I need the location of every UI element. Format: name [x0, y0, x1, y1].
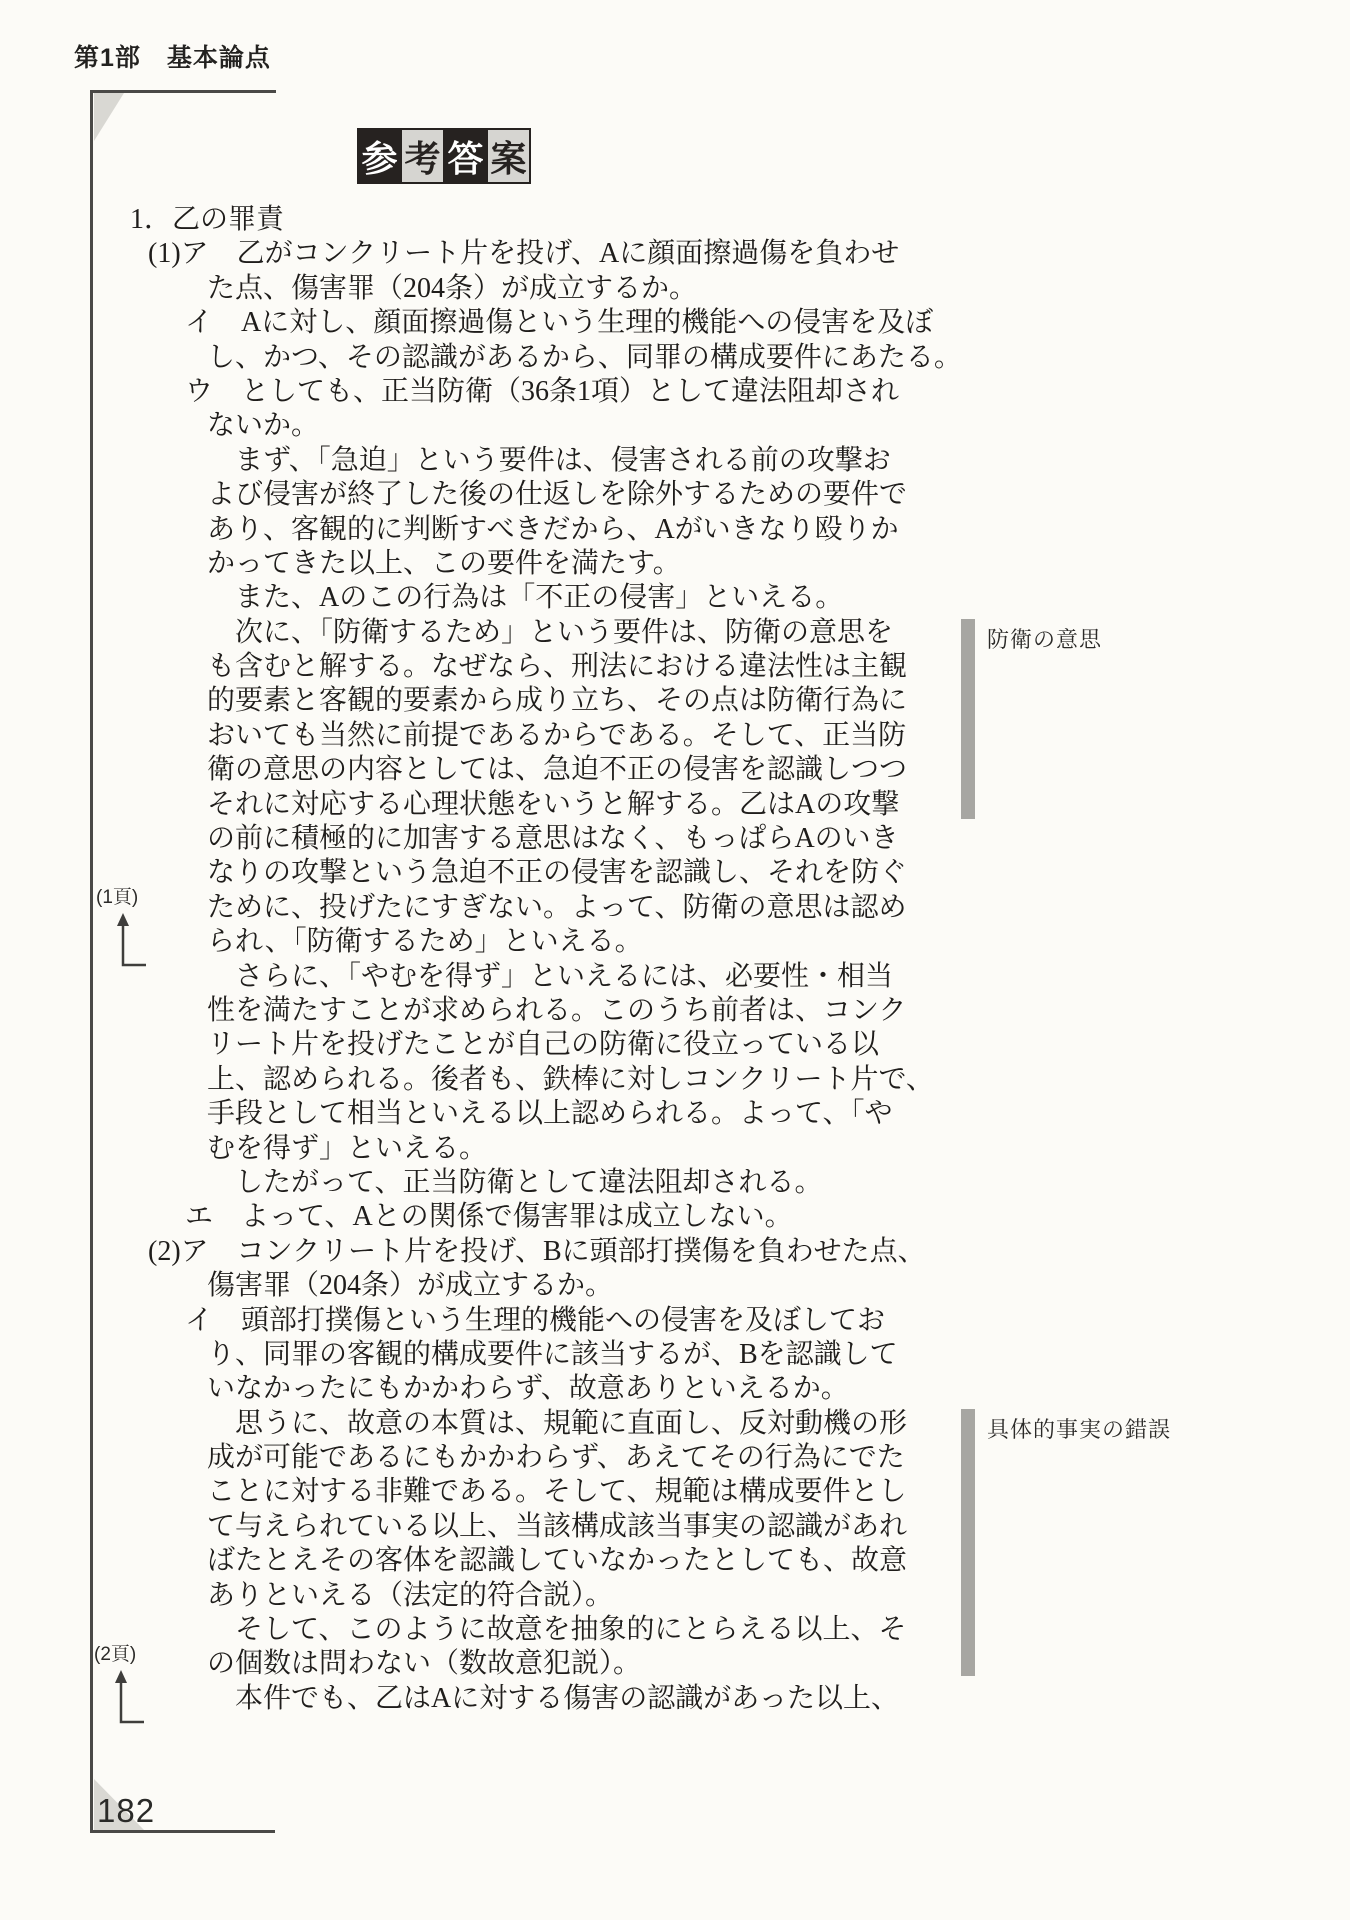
body-line: リート片を投げたことが自己の防衛に役立っている以 — [0, 1028, 1000, 1062]
body-line: て与えられている以上、当該構成該当事実の認識があれ — [0, 1510, 1000, 1544]
body-line: た点、傷害罪（204条）が成立するか。 — [0, 272, 1000, 306]
corner-triangle-top — [94, 93, 124, 141]
body-line: エ よって、Aとの関係で傷害罪は成立しない。 — [0, 1200, 1000, 1234]
margin-note-label: 防衛の意思 — [987, 623, 1102, 654]
body-line: おいても当然に前提であるからである。そして、正当防 — [0, 719, 1000, 753]
body-line: 思うに、故意の本質は、規範に直面し、反対動機の形 — [0, 1407, 1000, 1441]
page-number: 182 — [97, 1792, 155, 1830]
page-break-marker-1: (1頁) — [96, 882, 176, 969]
body-line: (2)ア コンクリート片を投げ、Bに頭部打撲傷を負わせた点、 — [0, 1235, 1000, 1269]
body-line: あり、客観的に判断すべきだから、Aがいきなり殴りか — [0, 513, 1000, 547]
body-line: の前に積極的に加害する意思はなく、もっぱらAのいき — [0, 822, 1000, 856]
body-line: よび侵害が終了した後の仕返しを除外するための要件で — [0, 478, 1000, 512]
body-line: ことに対する非難である。そして、規範は構成要件とし — [0, 1475, 1000, 1509]
body-line: むを得ず」といえる。 — [0, 1132, 1000, 1166]
up-arrow-icon — [108, 1668, 148, 1726]
body-line: 1．乙の罪責 — [0, 203, 1000, 237]
title-char: 考 — [402, 130, 443, 182]
title-char: 案 — [488, 130, 529, 182]
margin-note-bar — [961, 1409, 975, 1676]
body-line: ばたとえその客体を認識していなかったとしても、故意 — [0, 1544, 1000, 1578]
body-line: ないか。 — [0, 409, 1000, 443]
margin-note-defense-intent: 防衛の意思 — [961, 619, 1102, 819]
margin-note-label: 具体的事実の錯誤 — [987, 1413, 1171, 1444]
section-title-sample-answer: 参 考 答 案 — [357, 128, 531, 184]
body-line: 衛の意思の内容としては、急迫不正の侵害を認識しつつ — [0, 753, 1000, 787]
title-char: 参 — [359, 130, 400, 182]
body-line: 次に、「防衛するため」という要件は、防衛の意思を — [0, 616, 1000, 650]
body-line: ウ としても、正当防衛（36条1項）として違法阻却され — [0, 375, 1000, 409]
body-line: も含むと解する。なぜなら、刑法における違法性は主観 — [0, 650, 1000, 684]
body-line: り、同罪の客観的構成要件に該当するが、Bを認識して — [0, 1338, 1000, 1372]
body-line: 手段として相当といえる以上認められる。よって、「や — [0, 1097, 1000, 1131]
running-head: 第1部 基本論点 — [74, 38, 271, 74]
body-line: イ Aに対し、顔面擦過傷という生理的機能への侵害を及ぼ — [0, 306, 1000, 340]
body-line: 上、認められる。後者も、鉄棒に対しコンクリート片で、 — [0, 1063, 1000, 1097]
body-line: したがって、正当防衛として違法阻却される。 — [0, 1166, 1000, 1200]
margin-note-concrete-fact-mistake: 具体的事実の錯誤 — [961, 1409, 1171, 1676]
body-line: ありといえる（法定的符合説）。 — [0, 1579, 1000, 1613]
body-line: かってきた以上、この要件を満たす。 — [0, 547, 1000, 581]
body-line: イ 頭部打撲傷という生理的機能への侵害を及ぼしてお — [0, 1304, 1000, 1338]
page-break-marker-2: (2頁) — [94, 1639, 174, 1726]
body-line: また、Aのこの行為は「不正の侵害」といえる。 — [0, 581, 1000, 615]
body-line: 成が可能であるにもかかわらず、あえてその行為にでた — [0, 1441, 1000, 1475]
page-break-label: (1頁) — [96, 882, 176, 909]
margin-note-bar — [961, 619, 975, 819]
footer-rule — [90, 1830, 275, 1833]
body-line: し、かつ、その認識があるから、同罪の構成要件にあたる。 — [0, 341, 1000, 375]
book-page: 第1部 基本論点 参 考 答 案 1．乙の罪責(1)ア 乙がコンクリート片を投げ… — [0, 0, 1350, 1920]
body-line: いなかったにもかかわらず、故意ありといえるか。 — [0, 1372, 1000, 1406]
body-line: (1)ア 乙がコンクリート片を投げ、Aに顔面擦過傷を負わせ — [0, 237, 1000, 271]
header-rule — [90, 90, 276, 93]
body-line: まず、「急迫」という要件は、侵害される前の攻撃お — [0, 444, 1000, 478]
body-line: それに対応する心理状態をいうと解する。乙はAの攻撃 — [0, 788, 1000, 822]
up-arrow-icon — [110, 911, 150, 969]
page-break-label: (2頁) — [94, 1639, 174, 1666]
title-char: 答 — [445, 130, 486, 182]
body-line: 傷害罪（204条）が成立するか。 — [0, 1269, 1000, 1303]
body-line: 性を満たすことが求められる。このうち前者は、コンク — [0, 994, 1000, 1028]
body-line: 的要素と客観的要素から成り立ち、その点は防衛行為に — [0, 684, 1000, 718]
